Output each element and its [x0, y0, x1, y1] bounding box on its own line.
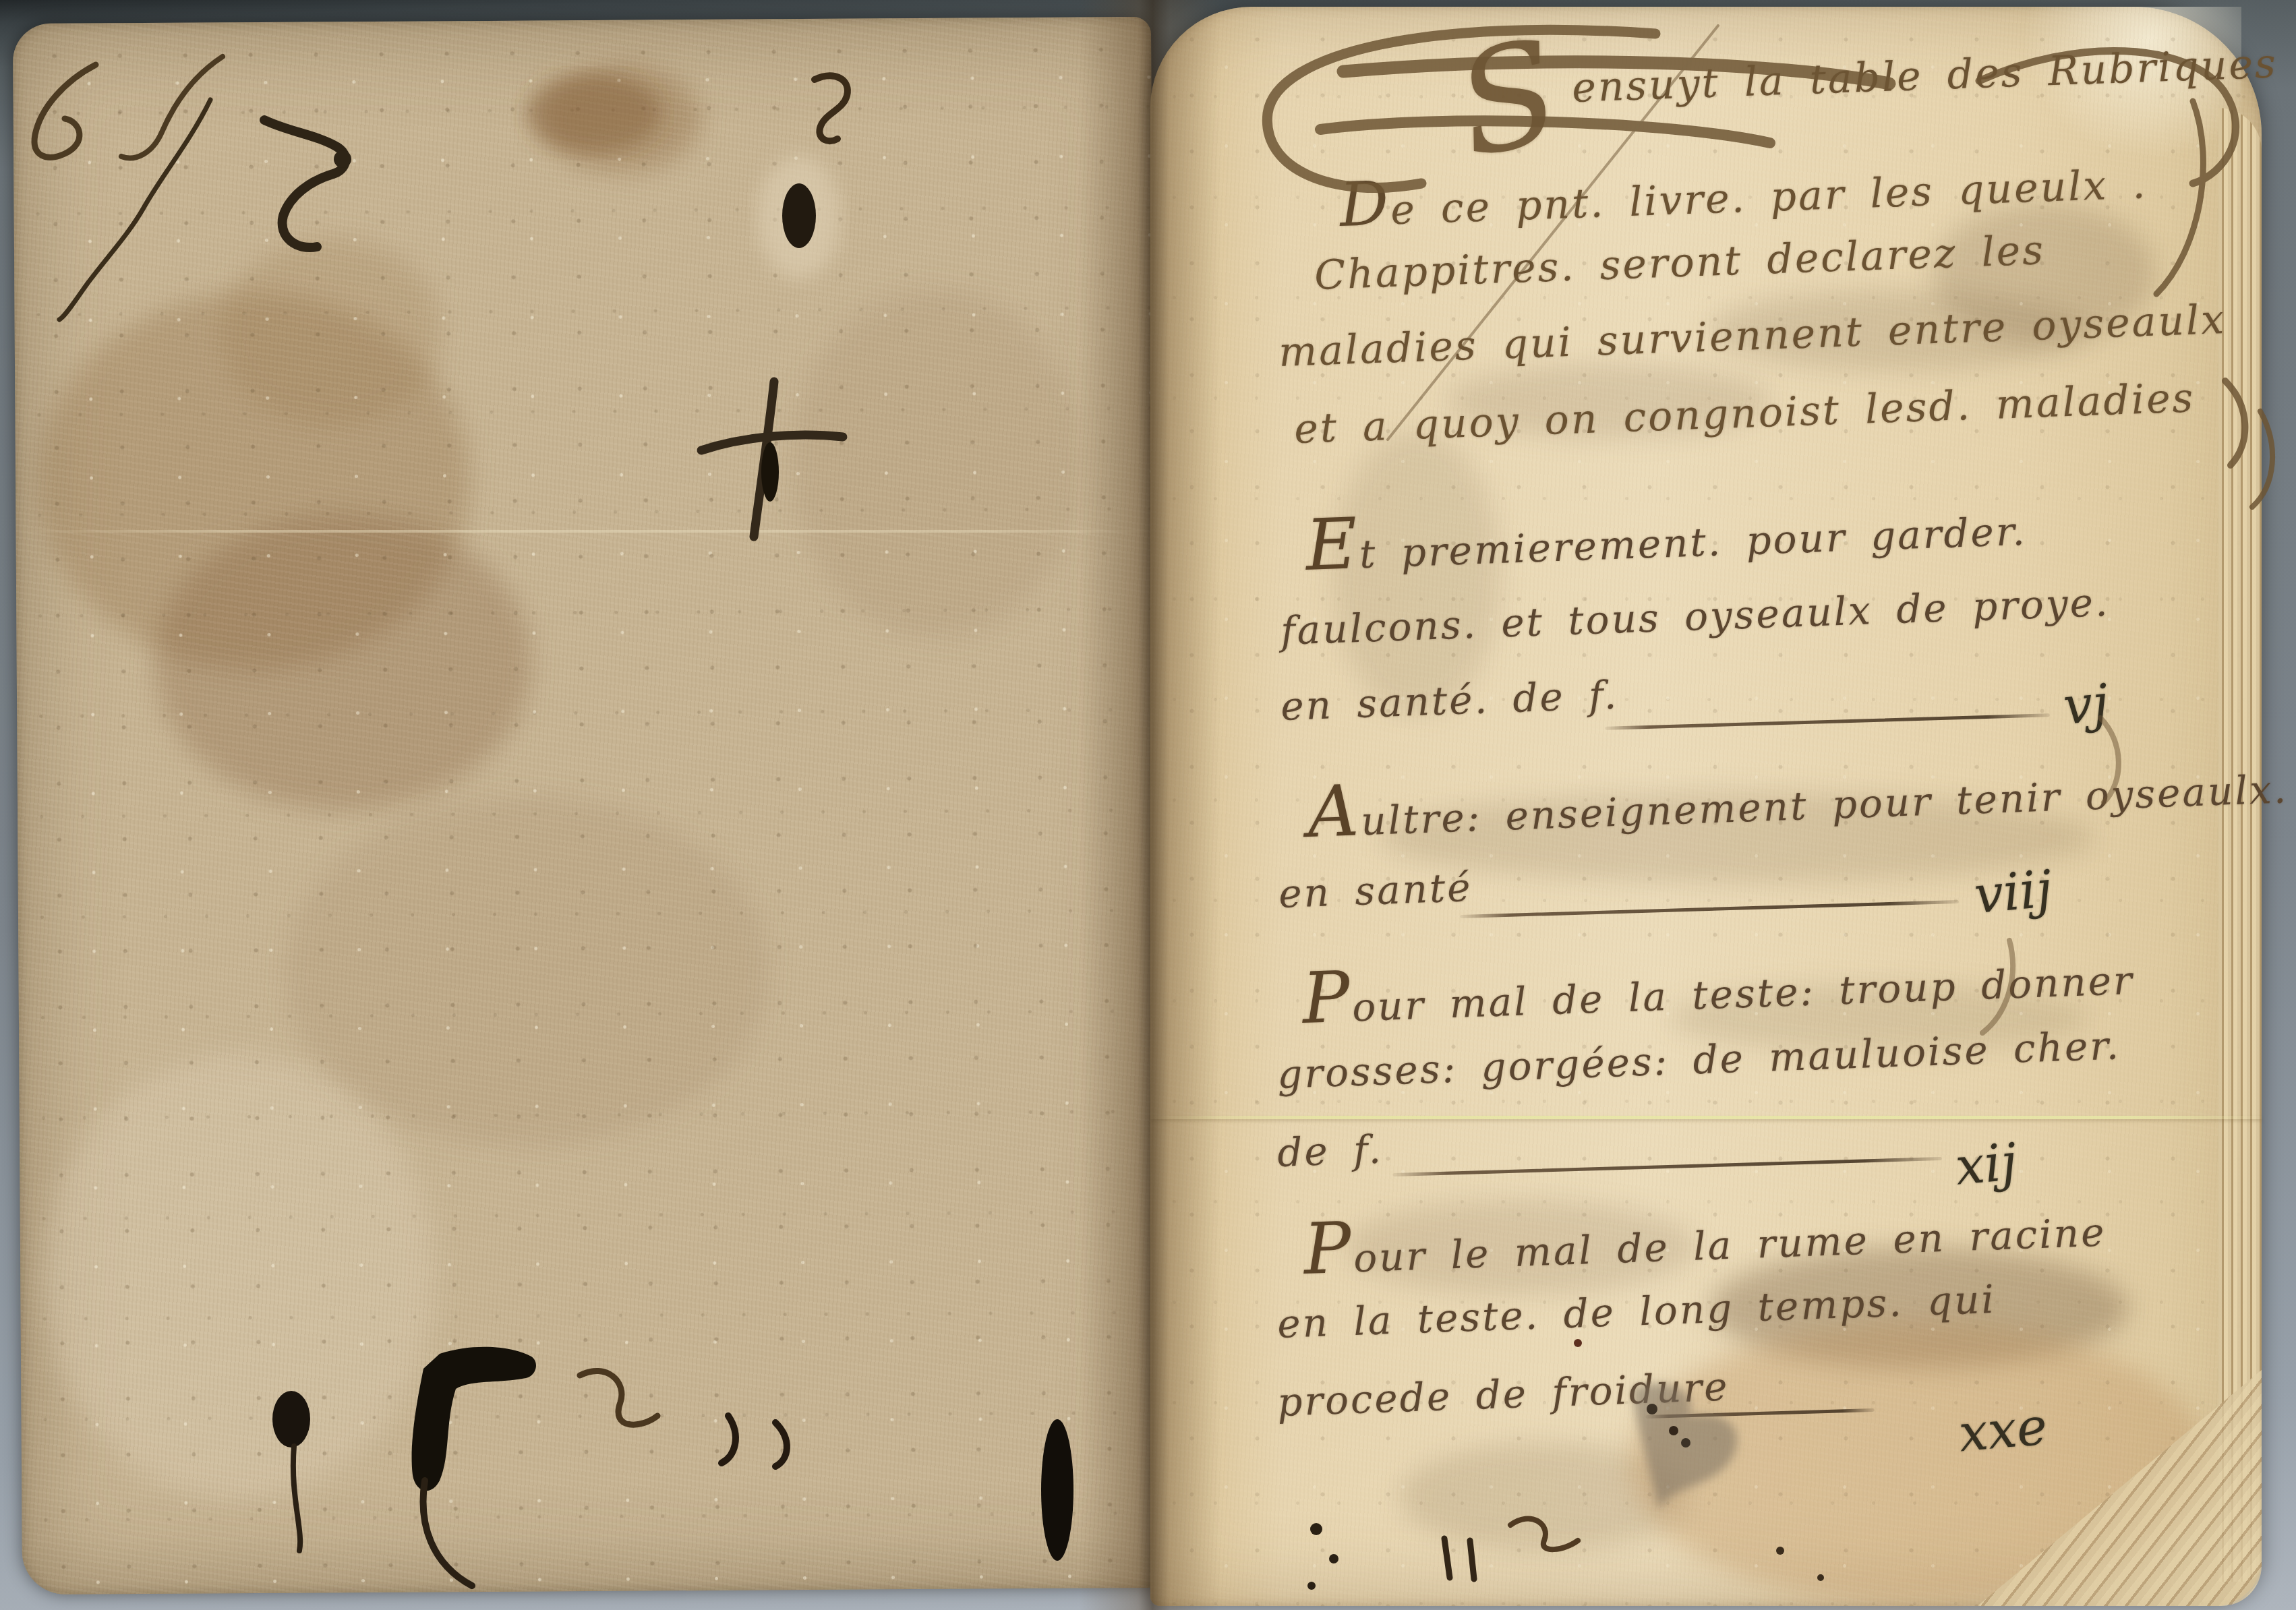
manuscript-scan: S ensuyt la table des Rubriques , De ce … [0, 0, 2296, 1610]
stain-mid-left [219, 237, 443, 427]
folio-numeral-4: xxe [1956, 1396, 2049, 1463]
faint-stain-center [790, 287, 1082, 640]
faint-stain-lower-center [283, 794, 771, 1147]
book-gutter-shadow [1079, 0, 1220, 1610]
folio-numeral-2: viij [1972, 858, 2054, 925]
folio-numeral-3: xij [1953, 1131, 2019, 1197]
stain-top-center [539, 64, 701, 173]
entry-2-line-2: en santé [1278, 864, 1473, 917]
stain-lower-left [153, 512, 533, 811]
pale-patch-bottom-left [42, 1052, 436, 1500]
folio-numeral-1: vj [2061, 672, 2111, 736]
left-cover-page [13, 17, 1160, 1594]
entry-3-line-3: de f. [1276, 1127, 1384, 1176]
